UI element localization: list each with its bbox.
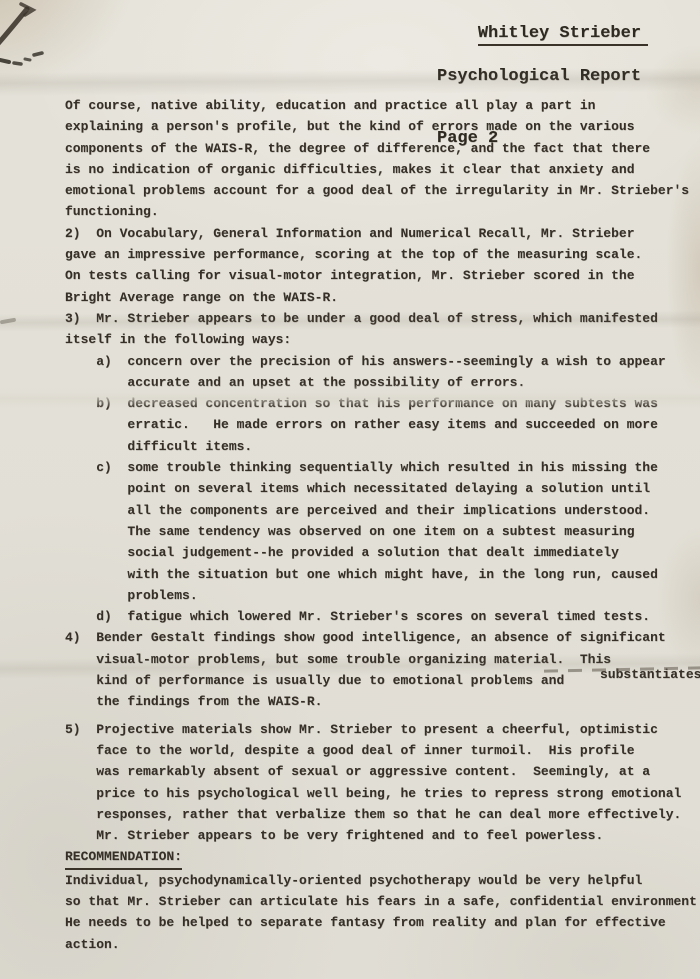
recommendation-section: RECOMMENDATION: Individual, psychodynami… — [65, 846, 697, 954]
recommendation-heading: RECOMMENDATION: — [65, 846, 182, 869]
edge-smudge-mark — [0, 318, 16, 325]
recommendation-text: Individual, psychodynamically-oriented p… — [65, 870, 697, 955]
paragraph-item-4: 4) Bender Gestalt findings show good int… — [65, 627, 697, 712]
raised-correction-word: substantiates — [600, 664, 700, 685]
document-header: Whitley Strieber Psychological Report Pa… — [437, 3, 648, 190]
patient-name: Whitley Strieber — [478, 24, 648, 47]
pen-scribble-marks-icon — [0, 0, 84, 86]
paragraph-item-5: 5) Projective materials show Mr. Striebe… — [65, 719, 697, 847]
paragraph-item-3: 3) Mr. Strieber appears to be under a go… — [65, 308, 697, 627]
report-body: Of course, native ability, education and… — [65, 95, 697, 955]
report-title: Psychological Report — [437, 67, 648, 88]
scanned-report-page: Whitley Strieber Psychological Report Pa… — [0, 0, 700, 979]
paragraph-item-2: 2) On Vocabulary, General Information an… — [65, 223, 697, 308]
page-number: Page 2 — [437, 129, 648, 150]
